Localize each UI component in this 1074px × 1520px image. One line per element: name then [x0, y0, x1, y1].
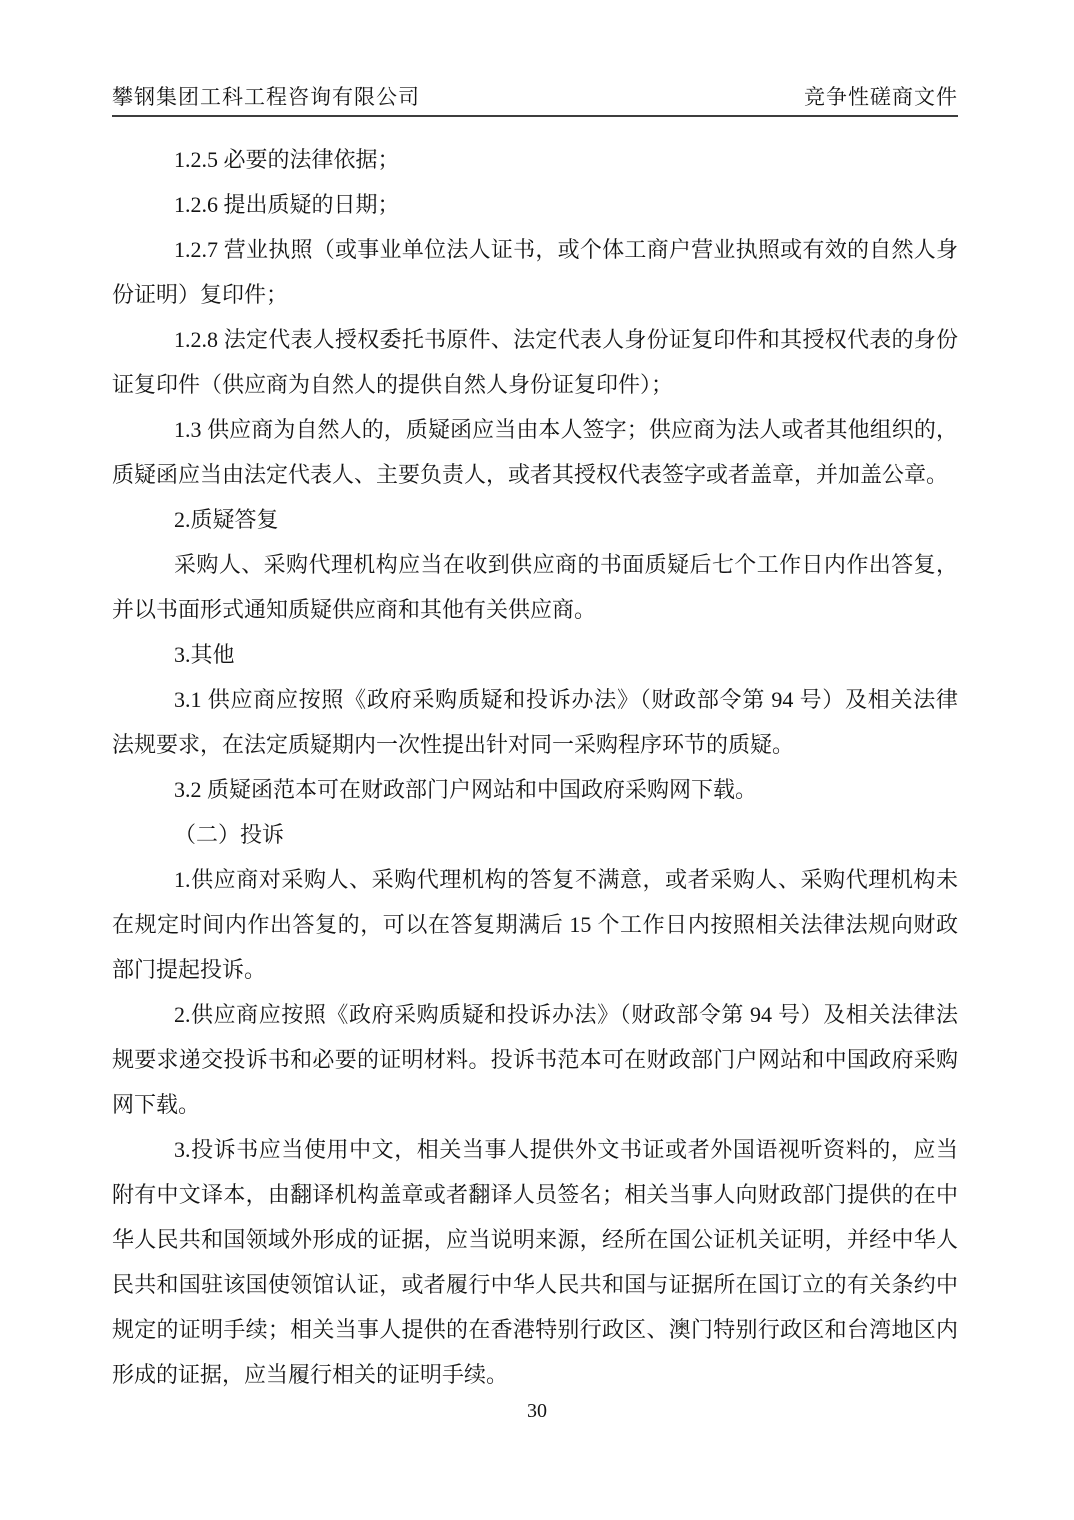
text-line: 规要求递交投诉书和必要的证明材料。投诉书范本可在财政部门户网站和中国政府采购 [112, 1037, 958, 1082]
document-page: 攀钢集团工科工程咨询有限公司 竞争性磋商文件 1.2.5 必要的法律依据；1.2… [0, 0, 1074, 1520]
text-line: 1.3 供应商为自然人的，质疑函应当由本人签字；供应商为法人或者其他组织的， [112, 407, 958, 452]
text-line: 2.质疑答复 [112, 497, 958, 542]
text-line: 采购人、采购代理机构应当在收到供应商的书面质疑后七个工作日内作出答复， [112, 542, 958, 587]
paragraph: 1.2.6 提出质疑的日期； [112, 182, 958, 227]
paragraph: 2.供应商应按照《政府采购质疑和投诉办法》（财政部令第 94 号）及相关法律法规… [112, 992, 958, 1127]
text-line: 规定的证明手续；相关当事人提供的在香港特别行政区、澳门特别行政区和台湾地区内 [112, 1307, 958, 1352]
text-line: 3.2 质疑函范本可在财政部门户网站和中国政府采购网下载。 [112, 767, 958, 812]
text-line: 1.2.6 提出质疑的日期； [112, 182, 958, 227]
paragraph: （二）投诉 [112, 812, 958, 857]
paragraph: 3.2 质疑函范本可在财政部门户网站和中国政府采购网下载。 [112, 767, 958, 812]
text-line: 形成的证据，应当履行相关的证明手续。 [112, 1352, 958, 1397]
text-line: 2.供应商应按照《政府采购质疑和投诉办法》（财政部令第 94 号）及相关法律法 [112, 992, 958, 1037]
text-line: 1.供应商对采购人、采购代理机构的答复不满意，或者采购人、采购代理机构未 [112, 857, 958, 902]
text-line: 华人民共和国领域外形成的证据，应当说明来源，经所在国公证机关证明，并经中华人 [112, 1217, 958, 1262]
text-line: 附有中文译本，由翻译机构盖章或者翻译人员签名；相关当事人向财政部门提供的在中 [112, 1172, 958, 1217]
text-line: 网下载。 [112, 1082, 958, 1127]
text-line: 1.2.5 必要的法律依据； [112, 137, 958, 182]
header-company-name: 攀钢集团工科工程咨询有限公司 [112, 84, 420, 110]
text-line: 3.1 供应商应按照《政府采购质疑和投诉办法》（财政部令第 94 号）及相关法律 [112, 677, 958, 722]
paragraph: 1.3 供应商为自然人的，质疑函应当由本人签字；供应商为法人或者其他组织的，质疑… [112, 407, 958, 497]
text-line: 1.2.7 营业执照（或事业单位法人证书，或个体工商户营业执照或有效的自然人身 [112, 227, 958, 272]
paragraph: 1.2.8 法定代表人授权委托书原件、法定代表人身份证复印件和其授权代表的身份证… [112, 317, 958, 407]
text-line: （二）投诉 [112, 812, 958, 857]
text-line: 3.其他 [112, 632, 958, 677]
page-number: 30 [527, 1400, 547, 1422]
page-header: 攀钢集团工科工程咨询有限公司 竞争性磋商文件 [112, 84, 958, 117]
header-document-type: 竞争性磋商文件 [804, 84, 958, 110]
text-line: 并以书面形式通知质疑供应商和其他有关供应商。 [112, 587, 958, 632]
text-line: 部门提起投诉。 [112, 947, 958, 992]
text-line: 民共和国驻该国使领馆认证，或者履行中华人民共和国与证据所在国订立的有关条约中 [112, 1262, 958, 1307]
paragraph: 1.2.5 必要的法律依据； [112, 137, 958, 182]
paragraph: 采购人、采购代理机构应当在收到供应商的书面质疑后七个工作日内作出答复，并以书面形… [112, 542, 958, 632]
text-line: 份证明）复印件； [112, 272, 958, 317]
text-line: 质疑函应当由法定代表人、主要负责人，或者其授权代表签字或者盖章，并加盖公章。 [112, 452, 958, 497]
text-line: 法规要求，在法定质疑期内一次性提出针对同一采购程序环节的质疑。 [112, 722, 958, 767]
paragraph: 2.质疑答复 [112, 497, 958, 542]
paragraph: 3.投诉书应当使用中文，相关当事人提供外文书证或者外国语视听资料的，应当附有中文… [112, 1127, 958, 1397]
text-line: 在规定时间内作出答复的，可以在答复期满后 15 个工作日内按照相关法律法规向财政 [112, 902, 958, 947]
page-footer: 30 [0, 1398, 1074, 1424]
paragraph: 1.2.7 营业执照（或事业单位法人证书，或个体工商户营业执照或有效的自然人身份… [112, 227, 958, 317]
paragraph: 3.其他 [112, 632, 958, 677]
text-line: 证复印件（供应商为自然人的提供自然人身份证复印件）； [112, 362, 958, 407]
text-line: 1.2.8 法定代表人授权委托书原件、法定代表人身份证复印件和其授权代表的身份 [112, 317, 958, 362]
paragraph: 1.供应商对采购人、采购代理机构的答复不满意，或者采购人、采购代理机构未在规定时… [112, 857, 958, 992]
document-body: 1.2.5 必要的法律依据；1.2.6 提出质疑的日期；1.2.7 营业执照（或… [112, 137, 958, 1397]
paragraph: 3.1 供应商应按照《政府采购质疑和投诉办法》（财政部令第 94 号）及相关法律… [112, 677, 958, 767]
text-line: 3.投诉书应当使用中文，相关当事人提供外文书证或者外国语视听资料的，应当 [112, 1127, 958, 1172]
